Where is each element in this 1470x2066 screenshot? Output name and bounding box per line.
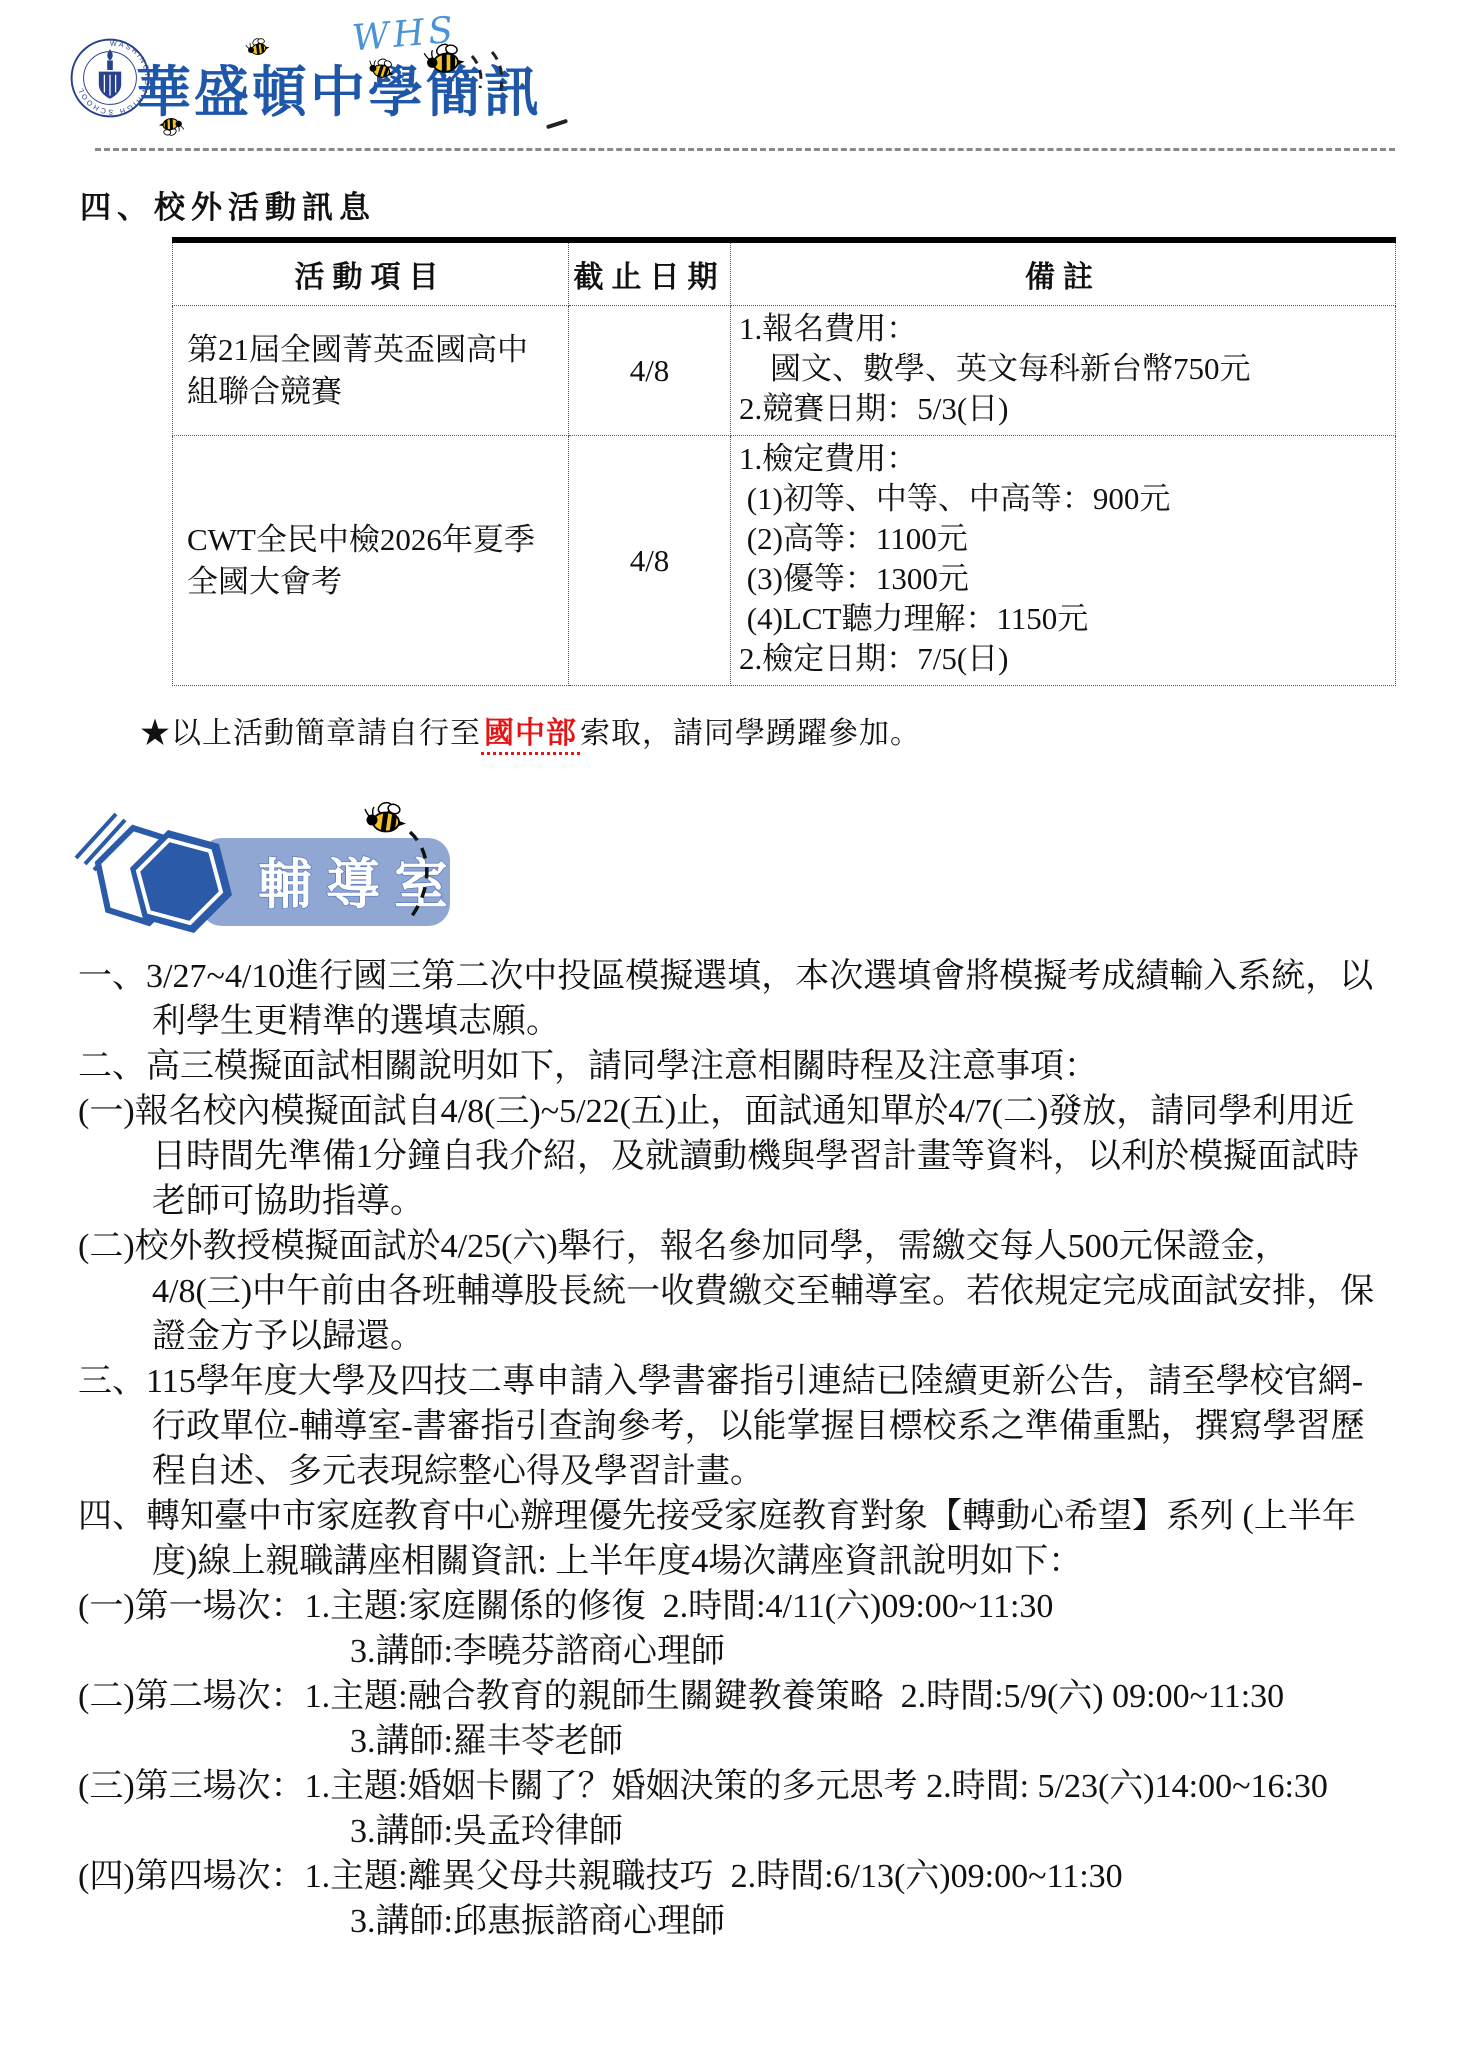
activity-remarks: 1.檢定費用： (1)初等、中等、中高等：900元 (2)高等：1100元 (3… — [731, 436, 1396, 686]
badge-label: 輔導室 — [258, 855, 462, 915]
counseling-announcements: 一、3/27~4/10進行國三第二次中投區模擬選填，本次選填會將模擬考成績輸入系… — [78, 954, 1388, 1944]
activity-deadline: 4/8 — [569, 306, 731, 436]
session-topic-time: (二)第二場次：1.主題:融合教育的親師生關鍵教養策略 2.時間:5/9(六) … — [78, 1674, 1388, 1719]
col-header-activity: 活動項目 — [173, 240, 569, 306]
remark-line: 2.競賽日期：5/3(日) — [739, 389, 1389, 429]
brochure-pickup-note: ★以上活動簡章請自行至國中部索取，請同學踴躍參加。 — [140, 708, 1470, 752]
session-topic-time: (三)第三場次：1.主題:婚姻卡關了？婚姻決策的多元思考 2.時間: 5/23(… — [78, 1764, 1388, 1809]
activity-name: CWT全民中檢2026年夏季全國大會考 — [173, 436, 569, 686]
remark-line: 1.檢定費用： — [739, 439, 1389, 479]
activity-deadline: 4/8 — [569, 436, 731, 686]
table-header-row: 活動項目 截止日期 備註 — [173, 240, 1396, 306]
newsletter-page: WASHINGTON HIGH SCHOOL 華盛頓中學簡訊 WHS 四、校外活… — [0, 0, 1470, 2066]
session-topic-time: (一)第一場次：1.主題:家庭關係的修復 2.時間:4/11(六)09:00~1… — [78, 1584, 1388, 1629]
remark-line: 1.報名費用： — [739, 309, 1389, 349]
remark-line: (4)LCT聽力理解：1150元 — [739, 599, 1389, 639]
counseling-office-badge: 輔導室 — [58, 792, 488, 944]
table-row: 第21屆全國菁英盃國高中組聯合競賽 4/8 1.報名費用： 國文、數學、英文每科… — [173, 306, 1396, 436]
session-speaker: 3.講師:邱惠振諮商心理師 — [78, 1899, 1388, 1944]
announcement-4: 四、轉知臺中市家庭教育中心辦理優先接受家庭教育對象【轉動心希望】系列 (上半年度… — [78, 1494, 1388, 1584]
table-row: CWT全民中檢2026年夏季全國大會考 4/8 1.檢定費用： (1)初等、中等… — [173, 436, 1396, 686]
activities-table: 活動項目 截止日期 備註 第21屆全國菁英盃國高中組聯合競賽 4/8 1.報名費… — [172, 237, 1396, 686]
activity-remarks: 1.報名費用： 國文、數學、英文每科新台幣750元 2.競賽日期：5/3(日) — [731, 306, 1396, 436]
announcement-3: 三、115學年度大學及四技二專申請入學書審指引連結已陸續更新公告，請至學校官網-… — [78, 1359, 1388, 1494]
bee-icon — [365, 801, 406, 835]
session-speaker: 3.講師:吳孟玲律師 — [78, 1809, 1388, 1854]
remark-line: (2)高等：1100元 — [739, 519, 1389, 559]
badge-graphic: 輔導室 — [58, 792, 488, 944]
remark-line: (1)初等、中等、中高等：900元 — [739, 479, 1389, 519]
session-topic-time: (四)第四場次：1.主題:離異父母共親職技巧 2.時間:6/13(六)09:00… — [78, 1854, 1388, 1899]
col-header-deadline: 截止日期 — [569, 240, 731, 306]
session-speaker: 3.講師:羅丰苓老師 — [78, 1719, 1388, 1764]
announcement-1: 一、3/27~4/10進行國三第二次中投區模擬選填，本次選填會將模擬考成績輸入系… — [78, 954, 1388, 1044]
remark-line: 國文、數學、英文每科新台幣750元 — [739, 349, 1389, 389]
session-speaker: 3.講師:李曉芬諮商心理師 — [78, 1629, 1388, 1674]
star-icon: ★ — [140, 717, 171, 750]
col-header-remarks: 備註 — [731, 240, 1396, 306]
activity-name: 第21屆全國菁英盃國高中組聯合競賽 — [173, 306, 569, 436]
section-heading-external-activities: 四、校外活動訊息 — [80, 182, 1470, 227]
note-text: 以上活動簡章請自行至 — [171, 717, 481, 750]
announcement-2-item-2: (二)校外教授模擬面試於4/25(六)舉行，報名參加同學，需繳交每人500元保證… — [78, 1224, 1388, 1359]
announcement-2-item-1: (一)報名校內模擬面試自4/8(三)~5/22(五)止，面試通知單於4/7(二)… — [78, 1089, 1388, 1224]
announcement-2: 二、高三模擬面試相關說明如下，請同學注意相關時程及注意事項： — [78, 1044, 1388, 1089]
lecture-session-3: (三)第三場次：1.主題:婚姻卡關了？婚姻決策的多元思考 2.時間: 5/23(… — [78, 1764, 1388, 1854]
junior-high-division-highlight: 國中部 — [481, 717, 580, 755]
note-text: 索取，請同學踴躍參加。 — [580, 717, 921, 750]
remark-line: (3)優等：1300元 — [739, 559, 1389, 599]
lecture-session-1: (一)第一場次：1.主題:家庭關係的修復 2.時間:4/11(六)09:00~1… — [78, 1584, 1388, 1674]
page-content: 四、校外活動訊息 活動項目 截止日期 備註 第21屆全國菁英盃國高中組聯合競賽 … — [0, 0, 1470, 1944]
remark-line: 2.檢定日期：7/5(日) — [739, 639, 1389, 679]
lecture-session-2: (二)第二場次：1.主題:融合教育的親師生關鍵教養策略 2.時間:5/9(六) … — [78, 1674, 1388, 1764]
lecture-session-4: (四)第四場次：1.主題:離異父母共親職技巧 2.時間:6/13(六)09:00… — [78, 1854, 1388, 1944]
